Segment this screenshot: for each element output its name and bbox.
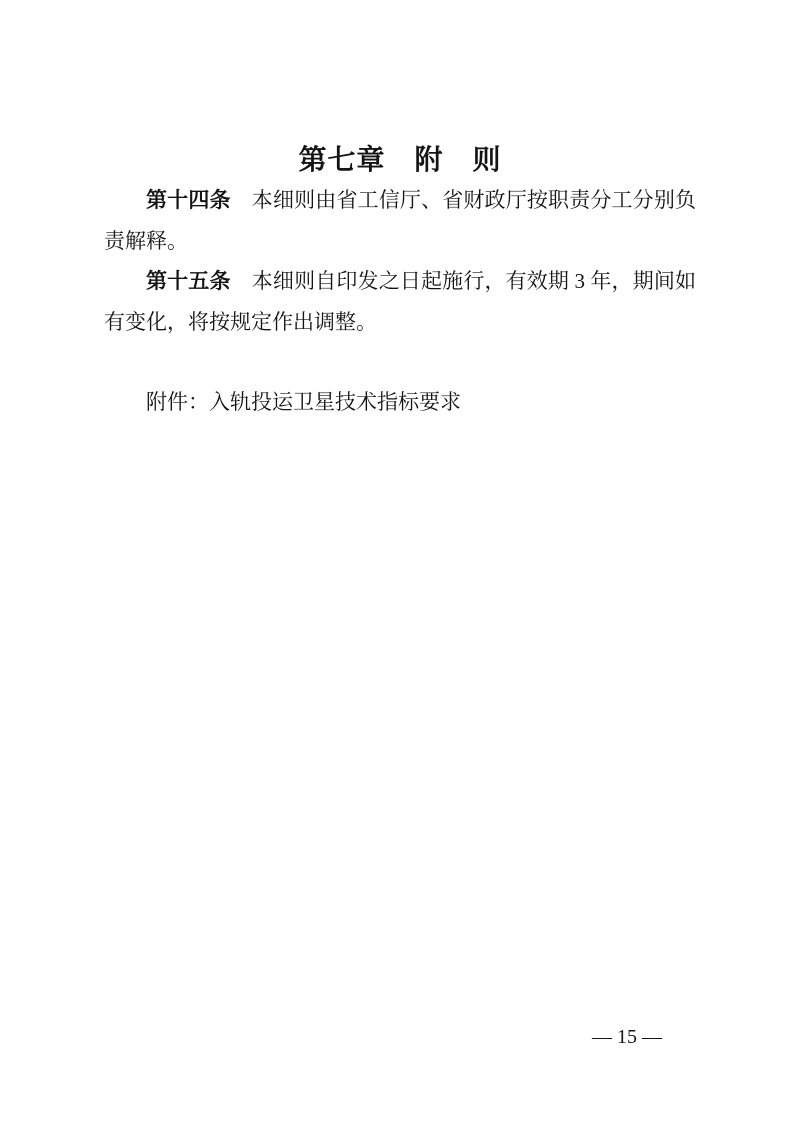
attachment-line: 附件：入轨投运卫星技术指标要求 [104,382,696,422]
chapter-heading: 第七章 附 则 [104,140,696,180]
article-paragraph: 第十四条 本细则由省工信厅、省财政厅按职责分工分别负责解释。 [104,180,696,261]
page-content: 第七章 附 则 第十四条 本细则由省工信厅、省财政厅按职责分工分别负责解释。 第… [104,140,696,422]
article-paragraph: 第十五条 本细则自印发之日起施行，有效期 3 年，期间如有变化，将按规定作出调整… [104,261,696,342]
article-number: 第十五条 [146,270,231,293]
article-number: 第十四条 [146,189,231,212]
document-page: 第七章 附 则 第十四条 本细则由省工信厅、省财政厅按职责分工分别负责解释。 第… [0,0,793,1122]
page-number: — 15 — [560,1024,694,1050]
